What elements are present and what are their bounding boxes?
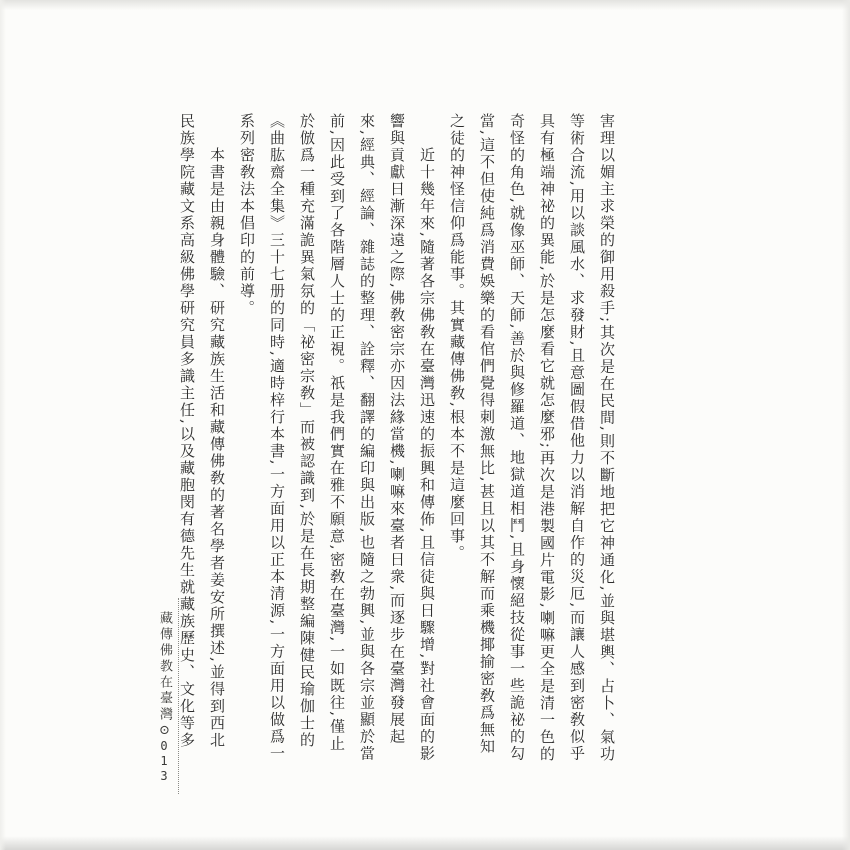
scan-edge-left xyxy=(0,0,6,850)
footer-text: 藏傳佛教在臺灣⊙013 xyxy=(155,611,174,784)
footer-dotted-rule xyxy=(178,598,179,794)
footer-book-title: 藏傳佛教在臺灣 xyxy=(157,611,172,723)
paragraph-about-book: 本書是由親身體驗、研究藏族生活和藏傳佛敎的著名學者姜安所撰述,並得到西北民族學院… xyxy=(172,113,232,763)
running-footer: 藏傳佛教在臺灣⊙013 xyxy=(153,598,179,794)
footer-separator-icon: ⊙ xyxy=(157,723,172,739)
paragraph-continued: 害理以媚主求榮的御用殺手;其次是在民間,則不斷地把它神通化,並與堪輿、占卜、氣功… xyxy=(442,113,622,763)
footer-page-number: 013 xyxy=(157,739,171,784)
main-text-block: 害理以媚主求榮的御用殺手;其次是在民間,則不斷地把它神通化,並與堪輿、占卜、氣功… xyxy=(172,113,622,763)
scan-edge-right xyxy=(842,0,850,850)
scan-edge-top xyxy=(0,0,850,10)
paragraph-recent-years: 近十幾年來,隨著各宗佛敎在臺灣迅速的振興和傳佈,且信徒與日驟增,對社會面的影響與… xyxy=(232,113,442,763)
scan-edge-bottom xyxy=(0,836,850,850)
book-page: 害理以媚主求榮的御用殺手;其次是在民間,則不斷地把它神通化,並與堪輿、占卜、氣功… xyxy=(0,0,850,850)
